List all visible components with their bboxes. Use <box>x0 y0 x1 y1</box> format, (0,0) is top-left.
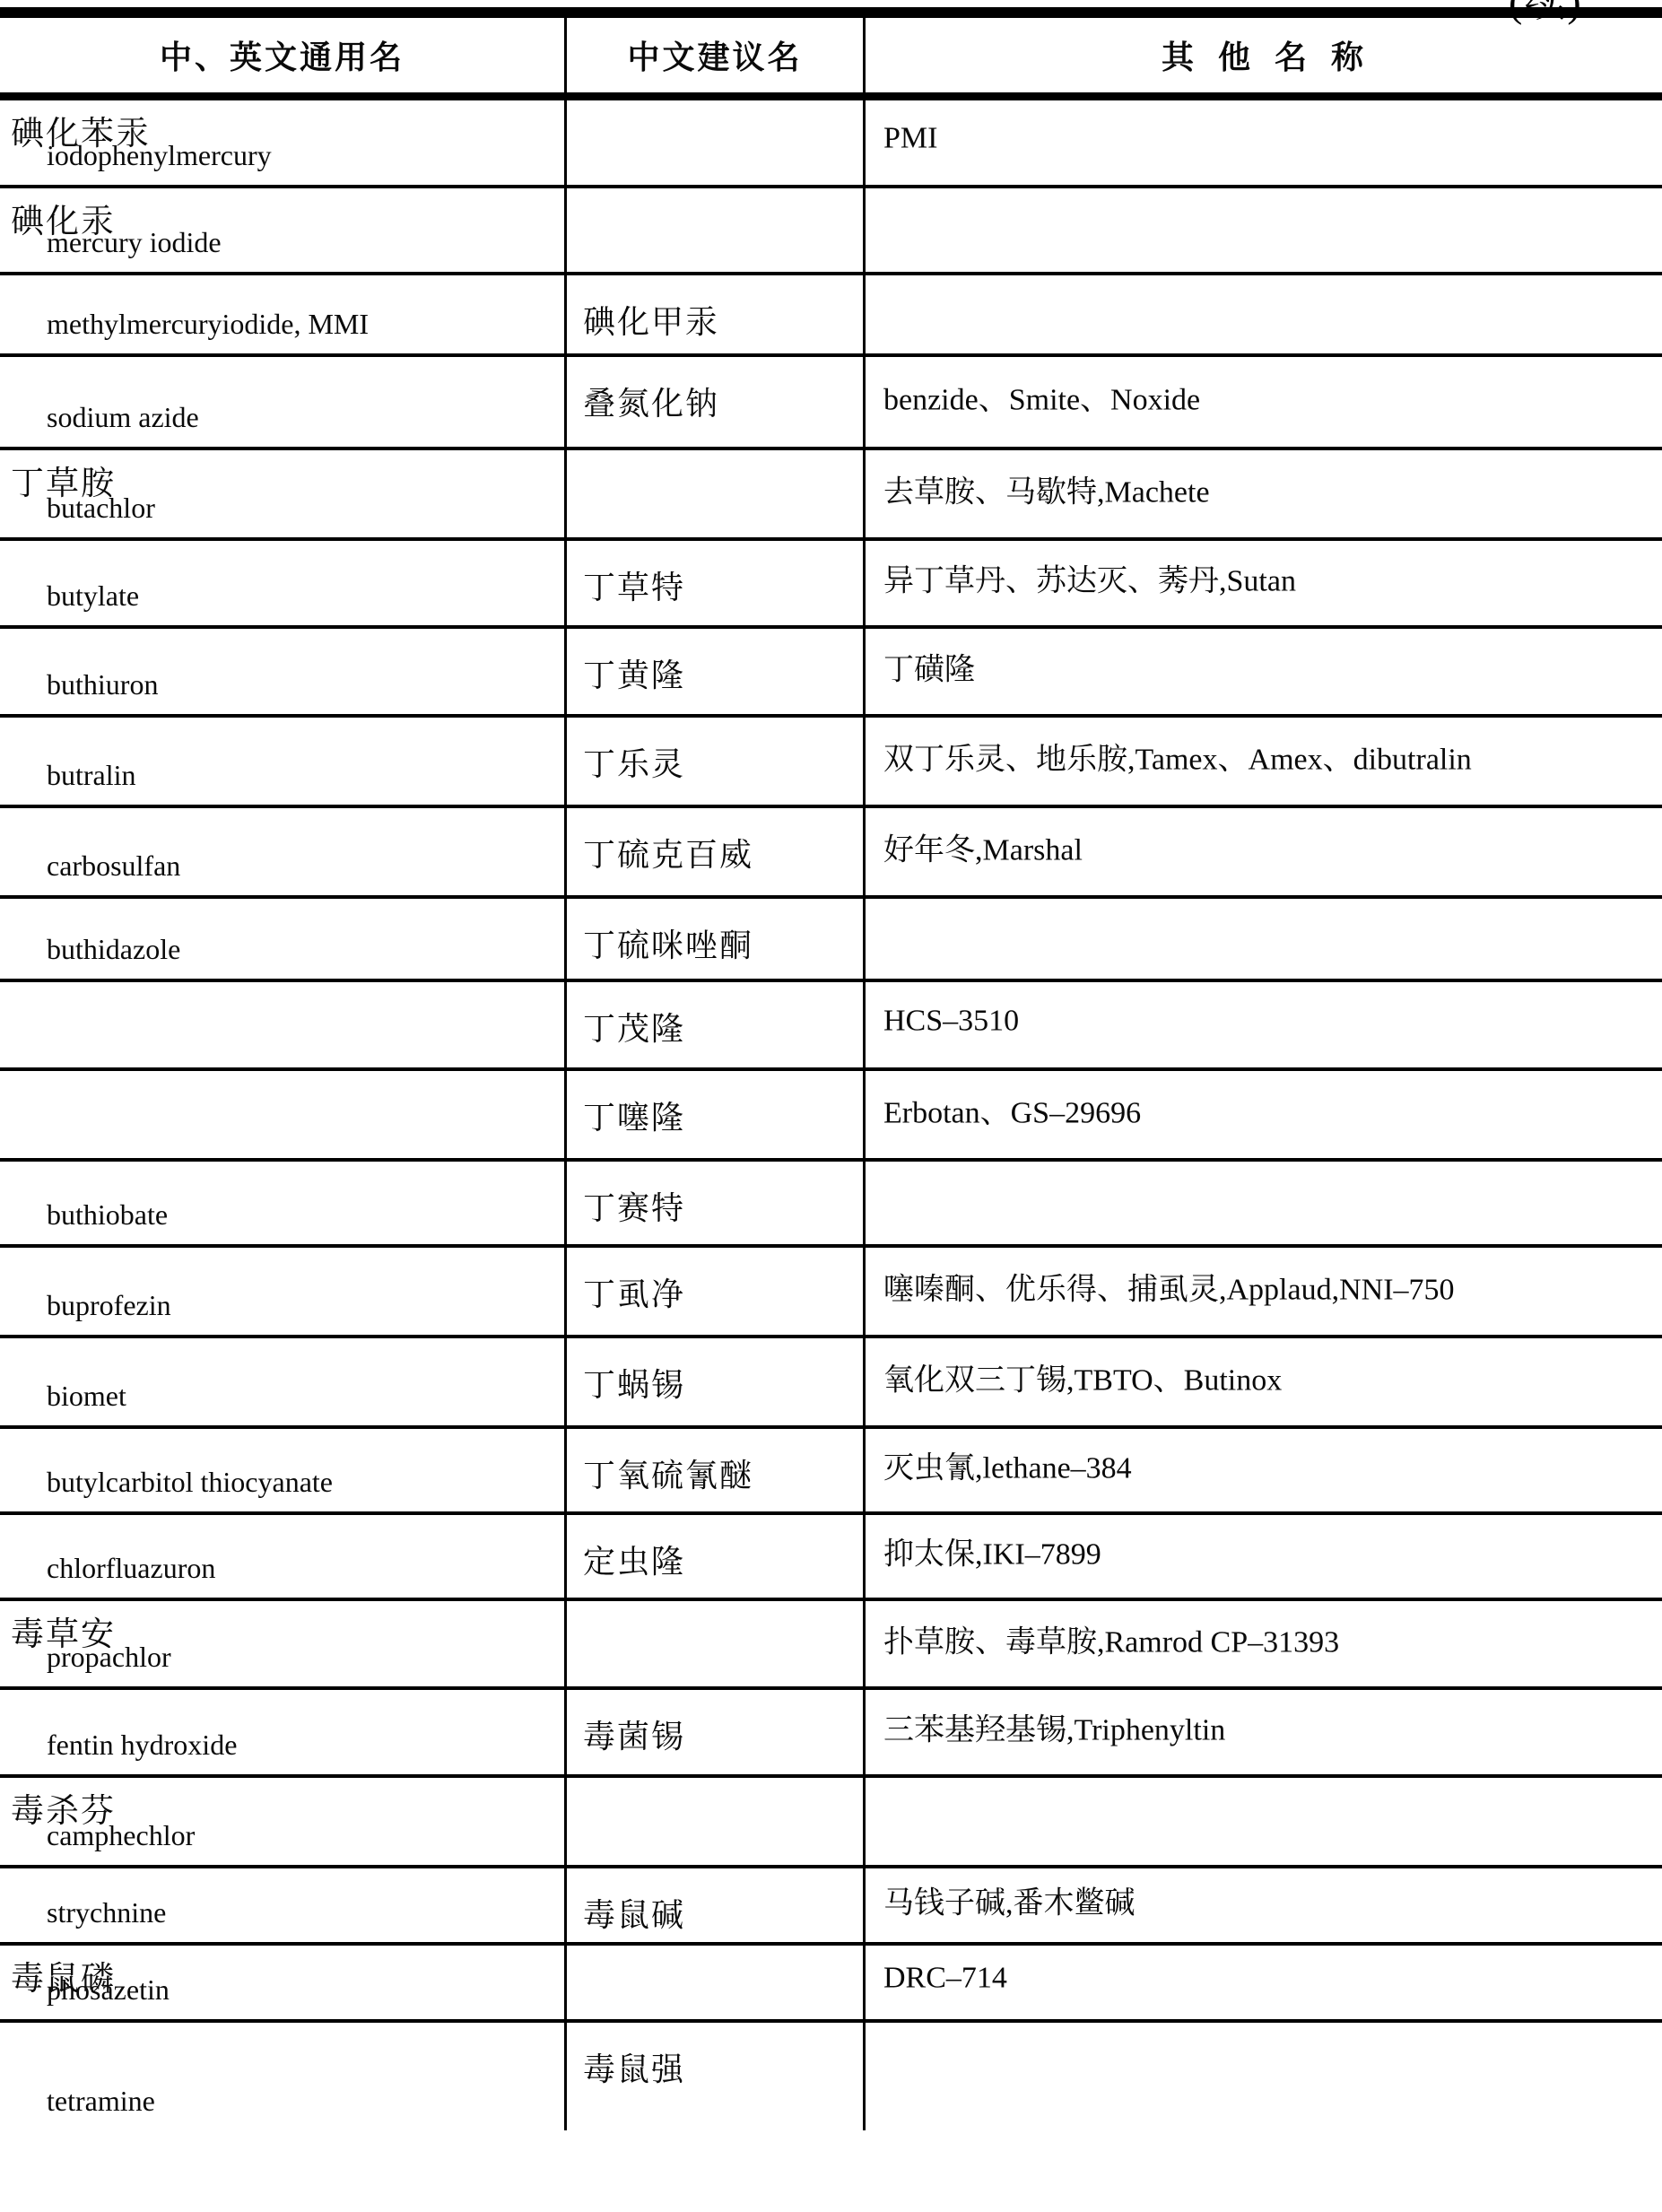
scanned-document-page: (续) 中、英文通用名 中文建议名 其 他 名 称 碘化苯汞 iodopheny… <box>0 0 1662 2212</box>
other-names-cell <box>866 2023 1662 2130</box>
other-names-cell: DRC–714 <box>866 1946 1662 2019</box>
suggested-chinese-name: 定虫隆 <box>583 1537 685 1582</box>
table-row: 丁茂隆 HCS–3510 <box>0 982 1662 1071</box>
table-row: butylate 丁草特 异丁草丹、苏达灭、莠丹,Sutan <box>0 541 1662 629</box>
suggested-chinese-name: 丁黄隆 <box>583 650 685 696</box>
table-row: strychnine 毒鼠碱 马钱子碱,番木鳖碱 <box>0 1868 1662 1946</box>
other-names: PMI <box>883 121 937 155</box>
common-name-cell: fentin hydroxide <box>0 1690 567 1774</box>
other-names-cell: 三苯基羟基锡,Triphenyltin <box>866 1690 1662 1774</box>
suggested-chinese-name: 丁草特 <box>583 562 685 608</box>
common-name-cell: buthiobate <box>0 1162 567 1244</box>
suggested-chinese-name: 丁茂隆 <box>583 1004 685 1049</box>
other-names-cell: 灭虫氰,lethane–384 <box>866 1429 1662 1511</box>
suggested-name-cell: 丁氧硫氰醚 <box>567 1429 866 1511</box>
common-name-cell: buprofezin <box>0 1248 567 1335</box>
table-row: 丁噻隆 Erbotan、GS–29696 <box>0 1071 1662 1162</box>
common-name-cell: methylmercuryiodide, MMI <box>0 275 567 353</box>
other-names: 氧化双三丁锡,TBTO、Butinox <box>883 1354 1282 1398</box>
suggested-name-cell: 丁蜗锡 <box>567 1338 866 1425</box>
suggested-name-cell: 定虫隆 <box>567 1515 866 1598</box>
common-name-english: carbosulfan <box>47 849 180 883</box>
table-row: fentin hydroxide 毒菌锡 三苯基羟基锡,Triphenyltin <box>0 1690 1662 1778</box>
suggested-name-cell <box>567 1946 866 2019</box>
common-name-cell: butralin <box>0 718 567 805</box>
suggested-name-cell <box>567 188 866 272</box>
table-row: buthiobate 丁赛特 <box>0 1162 1662 1248</box>
table-row: sodium azide 叠氮化钠 benzide、Smite、Noxide <box>0 357 1662 450</box>
table-row: 碘化汞 mercury iodide <box>0 188 1662 275</box>
continuation-mark: (续) <box>1509 0 1583 29</box>
other-names-cell: 双丁乐灵、地乐胺,Tamex、Amex、dibutralin <box>866 718 1662 805</box>
other-names: 抑太保,IKI–7899 <box>883 1529 1101 1573</box>
table-row: buprofezin 丁虱净 噻嗪酮、优乐得、捕虱灵,Applaud,NNI–7… <box>0 1248 1662 1338</box>
common-name-cell: buthiuron <box>0 629 567 714</box>
suggested-name-cell <box>567 100 866 185</box>
header-suggested-chinese-name: 中文建议名 <box>567 18 866 92</box>
table-row: buthiuron 丁黄隆 丁磺隆 <box>0 629 1662 718</box>
suggested-chinese-name: 丁硫克百威 <box>583 830 753 875</box>
table-row: 碘化苯汞 iodophenylmercury PMI <box>0 100 1662 188</box>
other-names: 异丁草丹、苏达灭、莠丹,Sutan <box>883 556 1296 600</box>
table-row: buthidazole 丁硫咪唑酮 <box>0 899 1662 982</box>
other-names-cell: PMI <box>866 100 1662 185</box>
suggested-name-cell: 碘化甲汞 <box>567 275 866 353</box>
other-names-cell: 好年冬,Marshal <box>866 808 1662 895</box>
common-name-cell: 碘化苯汞 iodophenylmercury <box>0 100 567 185</box>
other-names: 丁磺隆 <box>883 644 975 688</box>
header-common-name: 中、英文通用名 <box>0 18 567 92</box>
other-names-cell <box>866 899 1662 979</box>
suggested-chinese-name: 丁硫咪唑酮 <box>583 920 753 966</box>
common-name-cell: carbosulfan <box>0 808 567 895</box>
other-names-cell: 去草胺、马歇特,Machete <box>866 450 1662 537</box>
common-name-english: butralin <box>47 759 136 792</box>
common-name-cell: buthidazole <box>0 899 567 979</box>
header-other-names: 其 他 名 称 <box>866 18 1662 92</box>
common-name-english: buthiuron <box>47 668 158 701</box>
common-name-english: buprofezin <box>47 1289 171 1322</box>
other-names-cell <box>866 275 1662 353</box>
suggested-chinese-name: 叠氮化钠 <box>583 379 719 424</box>
table-row: tetramine 毒鼠强 <box>0 2023 1662 2130</box>
suggested-chinese-name: 丁噻隆 <box>583 1093 685 1138</box>
other-names: 三苯基羟基锡,Triphenyltin <box>883 1705 1225 1749</box>
common-name-english: propachlor <box>47 1641 171 1674</box>
common-name-english: fentin hydroxide <box>47 1729 237 1762</box>
other-names-cell: 马钱子碱,番木鳖碱 <box>866 1868 1662 1942</box>
suggested-name-cell <box>567 1778 866 1865</box>
suggested-name-cell: 丁乐灵 <box>567 718 866 805</box>
other-names: DRC–714 <box>883 1961 1007 1995</box>
other-names-cell <box>866 1162 1662 1244</box>
table-row: 丁草胺 butachlor 去草胺、马歇特,Machete <box>0 450 1662 541</box>
common-name-cell: butylate <box>0 541 567 625</box>
common-name-english: methylmercuryiodide, MMI <box>47 308 369 341</box>
other-names-cell: 噻嗪酮、优乐得、捕虱灵,Applaud,NNI–750 <box>866 1248 1662 1335</box>
suggested-chinese-name: 毒菌锡 <box>583 1711 685 1757</box>
table-row: butralin 丁乐灵 双丁乐灵、地乐胺,Tamex、Amex、dibutra… <box>0 718 1662 808</box>
other-names: 双丁乐灵、地乐胺,Tamex、Amex、dibutralin <box>883 734 1472 778</box>
other-names: benzide、Smite、Noxide <box>883 375 1200 419</box>
common-name-english: tetramine <box>47 2085 155 2118</box>
common-name-english: phosazetin <box>47 1973 170 2007</box>
common-name-cell: 丁草胺 butachlor <box>0 450 567 537</box>
other-names: HCS–3510 <box>883 1004 1019 1038</box>
common-name-english: sodium azide <box>47 401 199 434</box>
suggested-name-cell: 丁茂隆 <box>567 982 866 1067</box>
common-name-english: iodophenylmercury <box>47 139 272 172</box>
common-name-cell: butylcarbitol thiocyanate <box>0 1429 567 1511</box>
common-name-cell: biomet <box>0 1338 567 1425</box>
suggested-name-cell: 丁噻隆 <box>567 1071 866 1158</box>
common-name-english: camphechlor <box>47 1819 195 1852</box>
suggested-chinese-name: 毒鼠强 <box>583 2044 685 2090</box>
suggested-name-cell: 丁硫咪唑酮 <box>567 899 866 979</box>
other-names-cell: 抑太保,IKI–7899 <box>866 1515 1662 1598</box>
other-names-cell: benzide、Smite、Noxide <box>866 357 1662 447</box>
common-name-cell: strychnine <box>0 1868 567 1942</box>
other-names: 灭虫氰,lethane–384 <box>883 1443 1132 1487</box>
other-names: 扑草胺、毒草胺,Ramrod CP–31393 <box>883 1616 1339 1660</box>
suggested-chinese-name: 丁蜗锡 <box>583 1360 685 1406</box>
common-name-cell: sodium azide <box>0 357 567 447</box>
common-name-english: biomet <box>47 1380 126 1413</box>
suggested-chinese-name: 毒鼠碱 <box>583 1890 685 1936</box>
other-names-cell: HCS–3510 <box>866 982 1662 1067</box>
table-row: 毒杀芬 camphechlor <box>0 1778 1662 1868</box>
suggested-name-cell <box>567 450 866 537</box>
table-row: butylcarbitol thiocyanate 丁氧硫氰醚 灭虫氰,leth… <box>0 1429 1662 1515</box>
suggested-name-cell: 丁草特 <box>567 541 866 625</box>
other-names-cell: 丁磺隆 <box>866 629 1662 714</box>
suggested-chinese-name: 丁虱净 <box>583 1269 685 1315</box>
common-name-cell: chlorfluazuron <box>0 1515 567 1598</box>
other-names-cell <box>866 188 1662 272</box>
suggested-chinese-name: 碘化甲汞 <box>583 297 719 343</box>
common-name-cell: 毒杀芬 camphechlor <box>0 1778 567 1865</box>
suggested-name-cell: 毒菌锡 <box>567 1690 866 1774</box>
other-names: 马钱子碱,番木鳖碱 <box>883 1878 1136 1922</box>
common-name-english: butachlor <box>47 492 155 525</box>
common-name-english: chlorfluazuron <box>47 1552 215 1585</box>
common-name-cell <box>0 1071 567 1158</box>
common-name-english: buthiobate <box>47 1198 168 1232</box>
other-names: 好年冬,Marshal <box>883 824 1083 868</box>
suggested-chinese-name: 丁乐灵 <box>583 739 685 785</box>
common-name-english: strychnine <box>47 1896 166 1929</box>
suggested-name-cell: 丁赛特 <box>567 1162 866 1244</box>
common-name-cell: tetramine <box>0 2023 567 2130</box>
table-row: chlorfluazuron 定虫隆 抑太保,IKI–7899 <box>0 1515 1662 1601</box>
common-name-english: butylate <box>47 579 139 613</box>
table-row: biomet 丁蜗锡 氧化双三丁锡,TBTO、Butinox <box>0 1338 1662 1429</box>
table-row: 毒鼠磷 phosazetin DRC–714 <box>0 1946 1662 2023</box>
suggested-name-cell: 丁黄隆 <box>567 629 866 714</box>
table-row: 毒草安 propachlor 扑草胺、毒草胺,Ramrod CP–31393 <box>0 1601 1662 1690</box>
common-name-cell <box>0 982 567 1067</box>
common-name-english: buthidazole <box>47 933 180 966</box>
common-name-english: mercury iodide <box>47 226 222 259</box>
common-name-cell: 毒鼠磷 phosazetin <box>0 1946 567 2019</box>
suggested-name-cell <box>567 1601 866 1686</box>
suggested-chinese-name: 丁氧硫氰醚 <box>583 1450 753 1496</box>
suggested-name-cell: 毒鼠碱 <box>567 1868 866 1942</box>
common-name-cell: 毒草安 propachlor <box>0 1601 567 1686</box>
other-names-cell: 异丁草丹、苏达灭、莠丹,Sutan <box>866 541 1662 625</box>
suggested-chinese-name: 丁赛特 <box>583 1183 685 1229</box>
other-names-cell: 氧化双三丁锡,TBTO、Butinox <box>866 1338 1662 1425</box>
other-names-cell: Erbotan、GS–29696 <box>866 1071 1662 1158</box>
chemical-names-table: 中、英文通用名 中文建议名 其 他 名 称 碘化苯汞 iodophenylmer… <box>0 7 1662 2130</box>
other-names-cell: 扑草胺、毒草胺,Ramrod CP–31393 <box>866 1601 1662 1686</box>
table-body: 碘化苯汞 iodophenylmercury PMI 碘化汞 mercury i… <box>0 100 1662 2130</box>
other-names: Erbotan、GS–29696 <box>883 1087 1141 1131</box>
suggested-name-cell: 毒鼠强 <box>567 2023 866 2130</box>
common-name-cell: 碘化汞 mercury iodide <box>0 188 567 272</box>
other-names-cell <box>866 1778 1662 1865</box>
suggested-name-cell: 丁硫克百威 <box>567 808 866 895</box>
suggested-name-cell: 叠氮化钠 <box>567 357 866 447</box>
table-row: carbosulfan 丁硫克百威 好年冬,Marshal <box>0 808 1662 899</box>
table-header-row: 中、英文通用名 中文建议名 其 他 名 称 <box>0 18 1662 100</box>
other-names: 噻嗪酮、优乐得、捕虱灵,Applaud,NNI–750 <box>883 1264 1455 1308</box>
table-row: methylmercuryiodide, MMI 碘化甲汞 <box>0 275 1662 357</box>
suggested-name-cell: 丁虱净 <box>567 1248 866 1335</box>
other-names: 去草胺、马歇特,Machete <box>883 466 1210 510</box>
common-name-english: butylcarbitol thiocyanate <box>47 1466 333 1499</box>
